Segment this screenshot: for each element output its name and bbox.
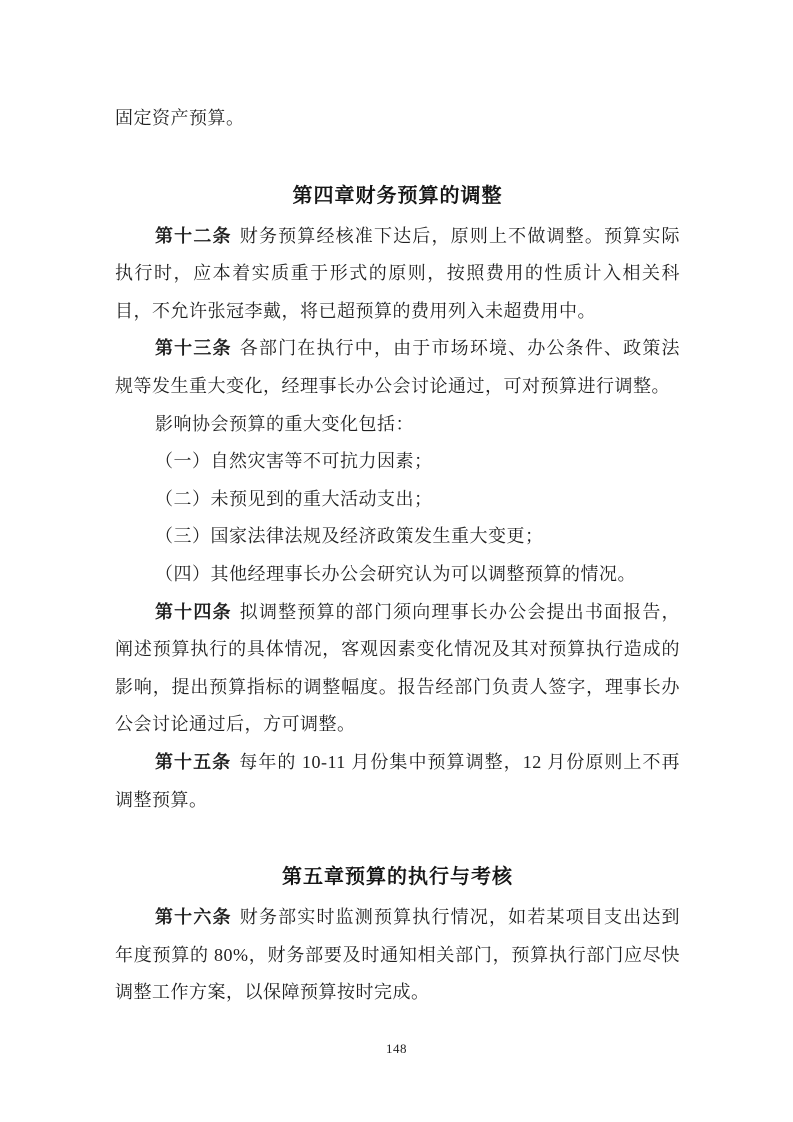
change-item-3: （三）国家法律法规及经济政策发生重大变更； — [115, 518, 680, 556]
article-16: 第十六条财务部实时监测预算执行情况，如若某项目支出达到年度预算的 80%，财务部… — [115, 899, 680, 1012]
article-13: 第十三条各部门在执行中，由于市场环境、办公条件、政策法规等发生重大变化，经理事长… — [115, 330, 680, 405]
article-12-label: 第十二条 — [155, 226, 232, 247]
page-number: 148 — [0, 1041, 793, 1056]
continuation-paragraph: 固定资产预算。 — [115, 100, 680, 138]
article-13-label: 第十三条 — [155, 338, 232, 359]
article-14: 第十四条拟调整预算的部门须向理事长办公会提出书面报告，阐述预算执行的具体情况，客… — [115, 594, 680, 744]
article-16-label: 第十六条 — [155, 907, 232, 928]
chapter-5-title: 第五章预算的执行与考核 — [115, 861, 680, 891]
chapter-4-title: 第四章财务预算的调整 — [115, 180, 680, 210]
article-14-label: 第十四条 — [155, 602, 232, 623]
document-page: 固定资产预算。 第四章财务预算的调整 第十二条财务预算经核准下达后，原则上不做调… — [0, 0, 793, 1122]
article-15: 第十五条每年的 10-11 月份集中预算调整，12 月份原则上不再调整预算。 — [115, 744, 680, 819]
change-item-2: （二）未预见到的重大活动支出； — [115, 481, 680, 519]
changes-intro: 影响协会预算的重大变化包括： — [115, 406, 680, 444]
article-15-label: 第十五条 — [155, 752, 231, 773]
change-item-1: （一）自然灾害等不可抗力因素； — [115, 443, 680, 481]
change-item-4: （四）其他经理事长办公会研究认为可以调整预算的情况。 — [115, 556, 680, 594]
article-12: 第十二条财务预算经核准下达后，原则上不做调整。预算实际执行时，应本着实质重于形式… — [115, 218, 680, 331]
